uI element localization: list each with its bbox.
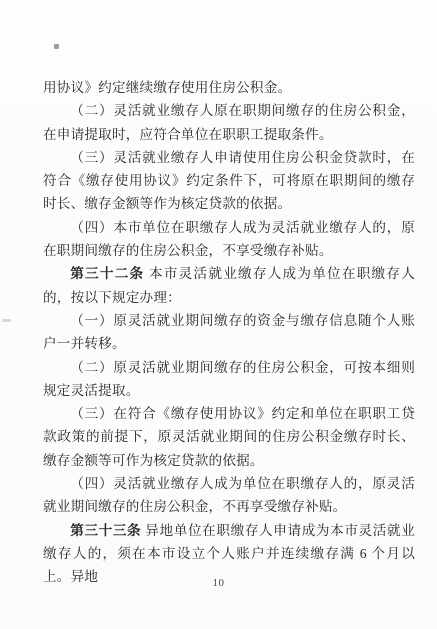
article-number: 第三十三条 <box>70 523 141 538</box>
page-number: 10 <box>0 577 437 589</box>
paragraph: （三）灵活就业缴存人申请使用住房公积金贷款时，在符合《缴存使用协议》约定条件下，… <box>43 146 415 216</box>
document-page: 用协议》约定继续缴存使用住房公积金。（二）灵活就业缴存人原在职期间缴存的住房公积… <box>0 0 437 629</box>
paragraph-text: （四）灵活就业缴存人成为单位在职缴存人的，原灵活就业期间缴存的住房公积金，不再享… <box>43 476 415 514</box>
paragraph-text: （二）原灵活就业期间缴存的住房公积金，可按本细则规定灵活提取。 <box>43 360 415 398</box>
paragraph: （四）灵活就业缴存人成为单位在职缴存人的，原灵活就业期间缴存的住房公积金，不再享… <box>43 472 415 519</box>
paragraph-text: （三）灵活就业缴存人申请使用住房公积金贷款时，在符合《缴存使用协议》约定条件下，… <box>43 150 415 212</box>
paragraph: 第三十二条 本市灵活就业缴存人成为单位在职缴存人的，按以下规定办理： <box>43 262 415 309</box>
paragraph-text: （三）在符合《缴存使用协议》约定和单位在职职工贷款政策的前提下，原灵活就业期间的… <box>43 406 415 468</box>
paragraph: （一）原灵活就业期间缴存的资金与缴存信息随个人账户一并转移。 <box>43 309 415 356</box>
paragraph: 用协议》约定继续缴存使用住房公积金。 <box>43 76 415 99</box>
paragraph-text: （二）灵活就业缴存人原在职期间缴存的住房公积金，在申请提取时，应符合单位在职职工… <box>43 103 415 141</box>
paragraph-text: （一）原灵活就业期间缴存的资金与缴存信息随个人账户一并转移。 <box>43 313 415 351</box>
scan-edge-mark <box>2 319 11 322</box>
paragraph-text: 用协议》约定继续缴存使用住房公积金。 <box>43 80 291 95</box>
scan-speck <box>54 44 59 49</box>
article-number: 第三十二条 <box>70 266 144 281</box>
paragraph: （二）灵活就业缴存人原在职期间缴存的住房公积金，在申请提取时，应符合单位在职职工… <box>43 99 415 146</box>
paragraph: （三）在符合《缴存使用协议》约定和单位在职职工贷款政策的前提下，原灵活就业期间的… <box>43 402 415 472</box>
document-body: 用协议》约定继续缴存使用住房公积金。（二）灵活就业缴存人原在职期间缴存的住房公积… <box>43 76 415 589</box>
paragraph: （四）本市单位在职缴存人成为灵活就业缴存人的，原在职期间缴存的住房公积金，不享受… <box>43 216 415 263</box>
paragraph-text: （四）本市单位在职缴存人成为灵活就业缴存人的，原在职期间缴存的住房公积金，不享受… <box>43 220 415 258</box>
paragraph: （二）原灵活就业期间缴存的住房公积金，可按本细则规定灵活提取。 <box>43 356 415 403</box>
